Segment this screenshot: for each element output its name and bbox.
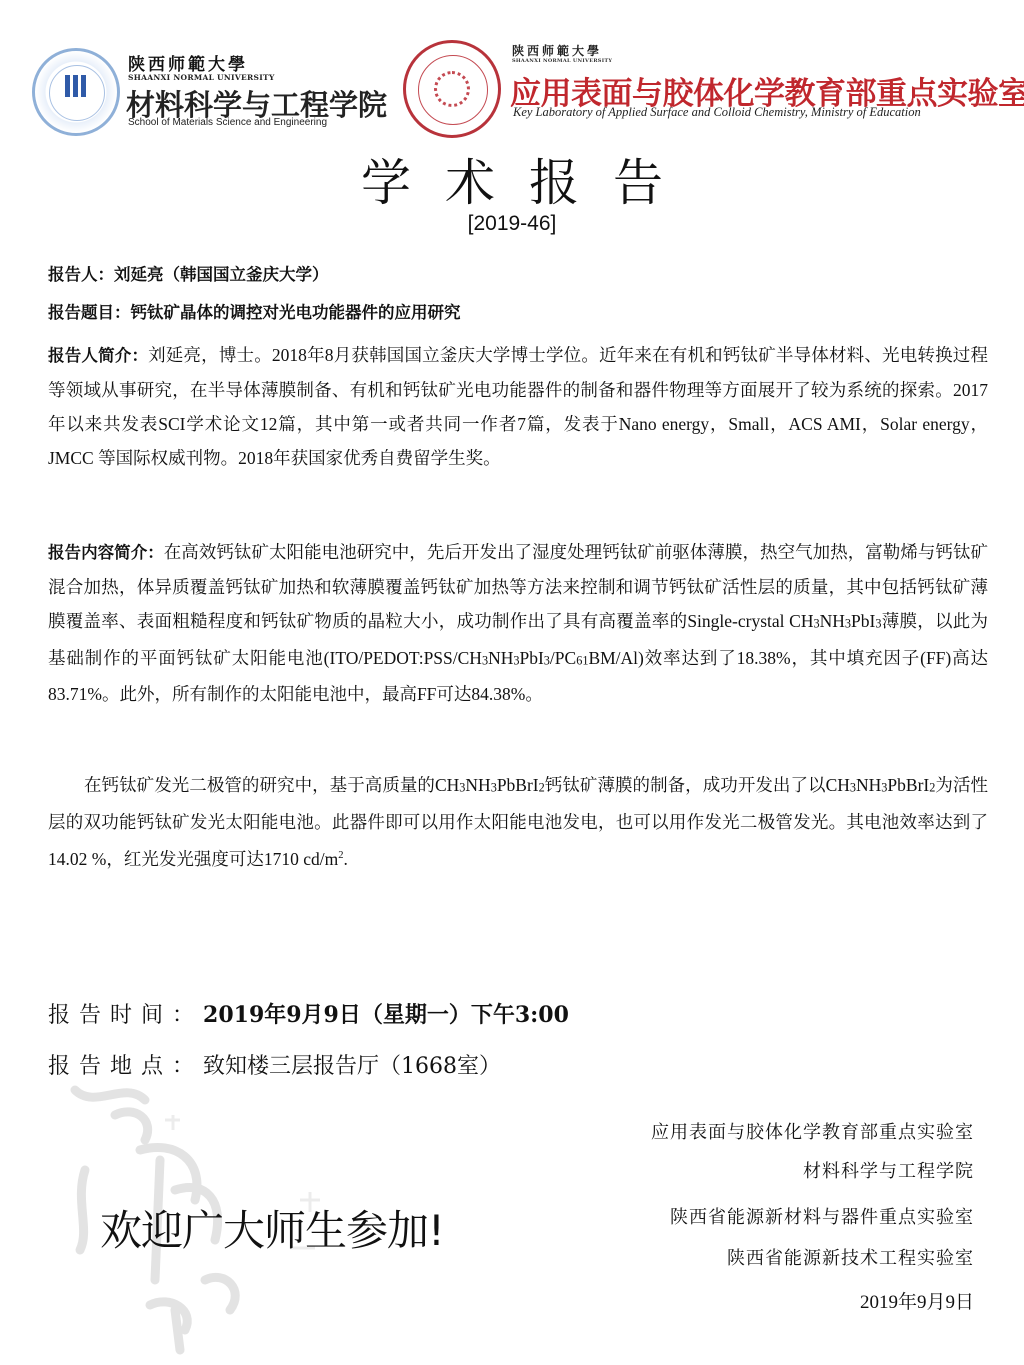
content-label: 报告内容简介： [48,543,164,562]
bio-label: 报告人简介： [48,346,148,365]
flower-pattern-icon [434,71,470,107]
lab-name-en: Key Laboratory of Applied Surface and Co… [513,105,921,120]
speaker-value: 刘延亮（韩国国立釜庆大学） [114,265,329,284]
content-abstract: 报告内容简介：在高效钙钛矿太阳能电池研究中，先后开发出了湿度处理钙钛矿前驱体薄膜… [48,535,988,711]
issue-date: 2019年9月9日 [860,1287,974,1314]
report-place: 报告地点：致知楼三层报告厅（1668室） [48,1049,501,1080]
content-text: PbI [519,648,543,668]
subscript: 61 [576,653,588,667]
organizer-1: 应用表面与胶体化学教育部重点实验室 [651,1118,974,1144]
content-text: NH [488,648,513,668]
page-title: 学术报告 [0,143,1024,215]
topic-label: 报告题目： [48,303,131,322]
speaker-bio: 报告人简介：刘延亮，博士。2018年8月获韩国国立釜庆大学博士学位。近年来在有机… [48,338,988,475]
time-label: 报告时间： [48,1003,203,1028]
organizer-4: 陕西省能源新技术工程实验室 [727,1244,974,1270]
book-icon [65,75,87,101]
content-text: 在钙钛矿发光二极管的研究中，基于高质量的CH [84,775,459,795]
content-text: . [343,848,347,868]
content-abstract-paragraph-2: 在钙钛矿发光二极管的研究中，基于高质量的CH3NH3PbBrI2钙钛矿薄膜的制备… [48,768,988,875]
organizer-2: 材料科学与工程学院 [803,1157,974,1183]
content-text: PbBrI [887,775,929,795]
content-text: PbBrI [497,775,539,795]
right-university-name-en: SHAANXI NORMAL UNIVERSITY [512,58,612,64]
speaker-label: 报告人： [48,265,114,284]
lab-emblem-icon [403,40,501,138]
place-value: 致知楼三层报告厅（1668室） [203,1054,501,1079]
bio-text: 刘延亮，博士。2018年8月获韩国国立釜庆大学博士学位。近年来在有机和钙钛矿半导… [48,345,988,468]
content-text: 钙钛矿薄膜的制备，成功开发出了以CH [545,775,850,795]
content-text: NH [820,611,845,631]
welcome-message: 欢迎广大师生参加! [100,1198,444,1258]
report-serial-number: [2019-46] [0,212,1024,236]
time-value: 2019年9月9日（星期一）下午3:00 [203,1002,569,1028]
school-emblem-icon [32,48,120,136]
content-text: PbI [851,611,875,631]
topic-field: 报告题目：钙钛矿晶体的调控对光电功能器件的应用研究 [48,299,461,323]
report-time: 报告时间：2019年9月9日（星期一）下午3:00 [48,998,569,1029]
organizer-3: 陕西省能源新材料与器件重点实验室 [670,1203,974,1229]
right-university-name-cn: 陕西师範大學 [512,42,602,59]
topic-value: 钙钛矿晶体的调控对光电功能器件的应用研究 [131,303,461,322]
place-label: 报告地点： [48,1054,203,1079]
left-university-name-cn: 陕西师範大學 [128,50,248,75]
speaker-field: 报告人：刘延亮（韩国国立釜庆大学） [48,261,329,285]
school-name-en: School of Materials Science and Engineer… [128,117,327,128]
content-text: NH [856,775,881,795]
content-text: /PC [550,648,576,668]
content-text: NH [465,775,490,795]
left-university-name-en: SHAANXI NORMAL UNIVERSITY [128,73,275,82]
